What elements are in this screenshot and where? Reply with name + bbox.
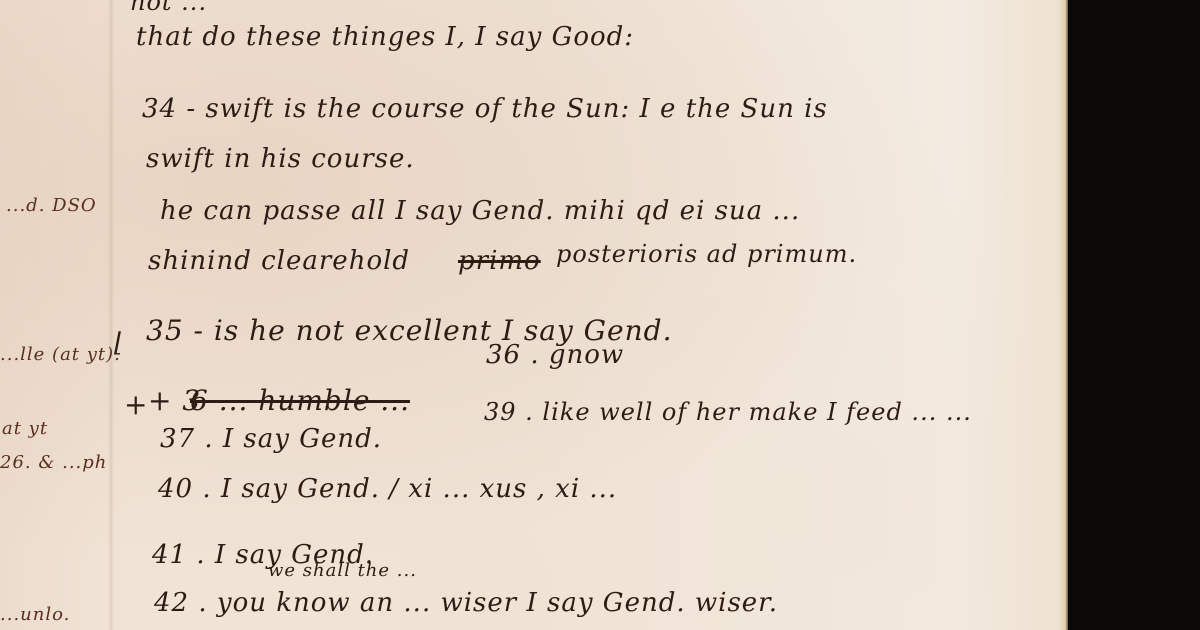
- margin-note: 26. & ...ph: [0, 452, 107, 473]
- text-line: 34 - swift is the course of the Sun: I e…: [142, 94, 828, 124]
- margin-note: ...unlo.: [0, 604, 70, 625]
- text-line: he can passe all I say Gend. mihi qd ei …: [160, 196, 800, 226]
- text-line: not ...: [130, 0, 207, 16]
- text-line: that do these thinges I, I say Good:: [136, 22, 634, 52]
- interlinear-text: we shall the ...: [268, 560, 417, 581]
- margin-mark: +: [124, 388, 148, 421]
- text-line: 39 . like well of her make I feed ... ..…: [484, 398, 972, 426]
- margin-note: ...lle (at yt).: [0, 344, 121, 365]
- dark-background: [1068, 0, 1200, 630]
- margin-mark: ⌊: [114, 328, 125, 358]
- text-line: 37 . I say Gend.: [160, 424, 382, 454]
- text-line: swift in his course.: [146, 144, 415, 174]
- text-line: 36 . gnow: [486, 340, 624, 370]
- struck-text: 6 ... humble ...: [190, 384, 410, 417]
- margin-note: ...d. DSO: [6, 195, 97, 216]
- margin-note: at yt: [2, 418, 48, 439]
- page-fold-shadow: [108, 0, 114, 630]
- struck-text: primo: [458, 246, 541, 276]
- text-line: 40 . I say Gend. / xi ... xus , xi ...: [158, 474, 617, 504]
- text-line: posterioris ad primum.: [556, 240, 857, 268]
- text-line: 42 . you know an ... wiser I say Gend. w…: [154, 588, 778, 618]
- manuscript-page: ...d. DSO ...lle (at yt). at yt 26. & ..…: [0, 0, 1068, 630]
- text-line: shinind clearehold: [148, 246, 410, 276]
